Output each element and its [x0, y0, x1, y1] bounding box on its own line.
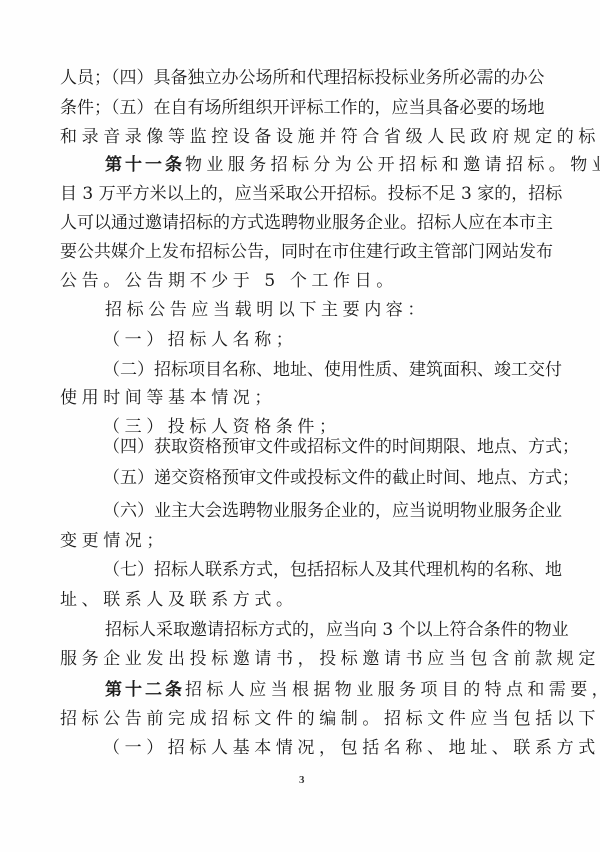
document-page: 人员；（四）具备独立办公场所和代理招标投标业务所必需的办公 条件；（五）在自有场…: [0, 0, 600, 852]
list-item: （一）招标人名称；: [103, 328, 578, 352]
article-11-line: 第十一条 物业服务招标分为公开招标和邀请招标。物业服务项: [105, 153, 535, 177]
list-item: （二）招标项目名称、地址、使用性质、建筑面积、竣工交付: [103, 358, 535, 382]
article-heading: 第十一条: [105, 153, 185, 177]
list-item: （六）业主大会选聘物业服务企业的，应当说明物业服务企业: [103, 499, 535, 523]
paragraph-line: 人员；（四）具备独立办公场所和代理招标投标业务所必需的办公: [60, 66, 535, 90]
paragraph-line: 和录音录像等监控设备设施并符合省级人民政府规定的标准。: [60, 125, 535, 149]
paragraph-line: 公告。公告期不少于 5 个工作日。: [60, 269, 535, 293]
paragraph-line: 址、联系人及联系方式。: [60, 588, 535, 612]
paragraph-line: 招标公告应当载明以下主要内容：: [105, 298, 580, 322]
page-number: 3: [299, 774, 305, 786]
list-item: （七）招标人联系方式，包括招标人及其代理机构的名称、地: [103, 558, 535, 582]
list-item: （四）获取资格预审文件或招标文件的时间期限、地点、方式；: [103, 435, 535, 459]
paragraph-line: 目 3 万平方米以上的，应当采取公开招标。投标不足 3 家的，招标: [60, 182, 535, 206]
article-text: 物业服务招标分为公开招标和邀请招标。物业服务项: [185, 153, 600, 177]
article-12-line: 第十二条 招标人应当根据物业服务项目的特点和需要，在发布: [105, 678, 535, 702]
paragraph-line: 服务企业发出投标邀请书，投标邀请书应当包含前款规定事项。: [60, 647, 535, 671]
paragraph-line: 变更情况；: [60, 529, 535, 553]
article-heading: 第十二条: [105, 678, 185, 702]
paragraph-line: 人可以通过邀请招标的方式选聘物业服务企业。招标人应在本市主: [60, 211, 535, 235]
paragraph-line: 招标公告前完成招标文件的编制。招标文件应当包括以下内容：: [60, 707, 535, 731]
paragraph-line: 使用时间等基本情况；: [60, 386, 535, 410]
paragraph-line: 要公共媒介上发布招标公告，同时在市住建行政主管部门网站发布: [60, 240, 535, 264]
article-text: 招标人应当根据物业服务项目的特点和需要，在发布: [185, 678, 600, 702]
list-item: （一）招标人基本情况，包括名称、地址、联系方式等；: [103, 736, 578, 760]
paragraph-line: 招标人采取邀请招标方式的，应当向 3 个以上符合条件的物业: [105, 618, 535, 642]
paragraph-line: 条件；（五）在自有场所组织开评标工作的，应当具备必要的场地: [60, 96, 535, 120]
list-item: （五）递交资格预审文件或投标文件的截止时间、地点、方式；: [103, 466, 535, 490]
